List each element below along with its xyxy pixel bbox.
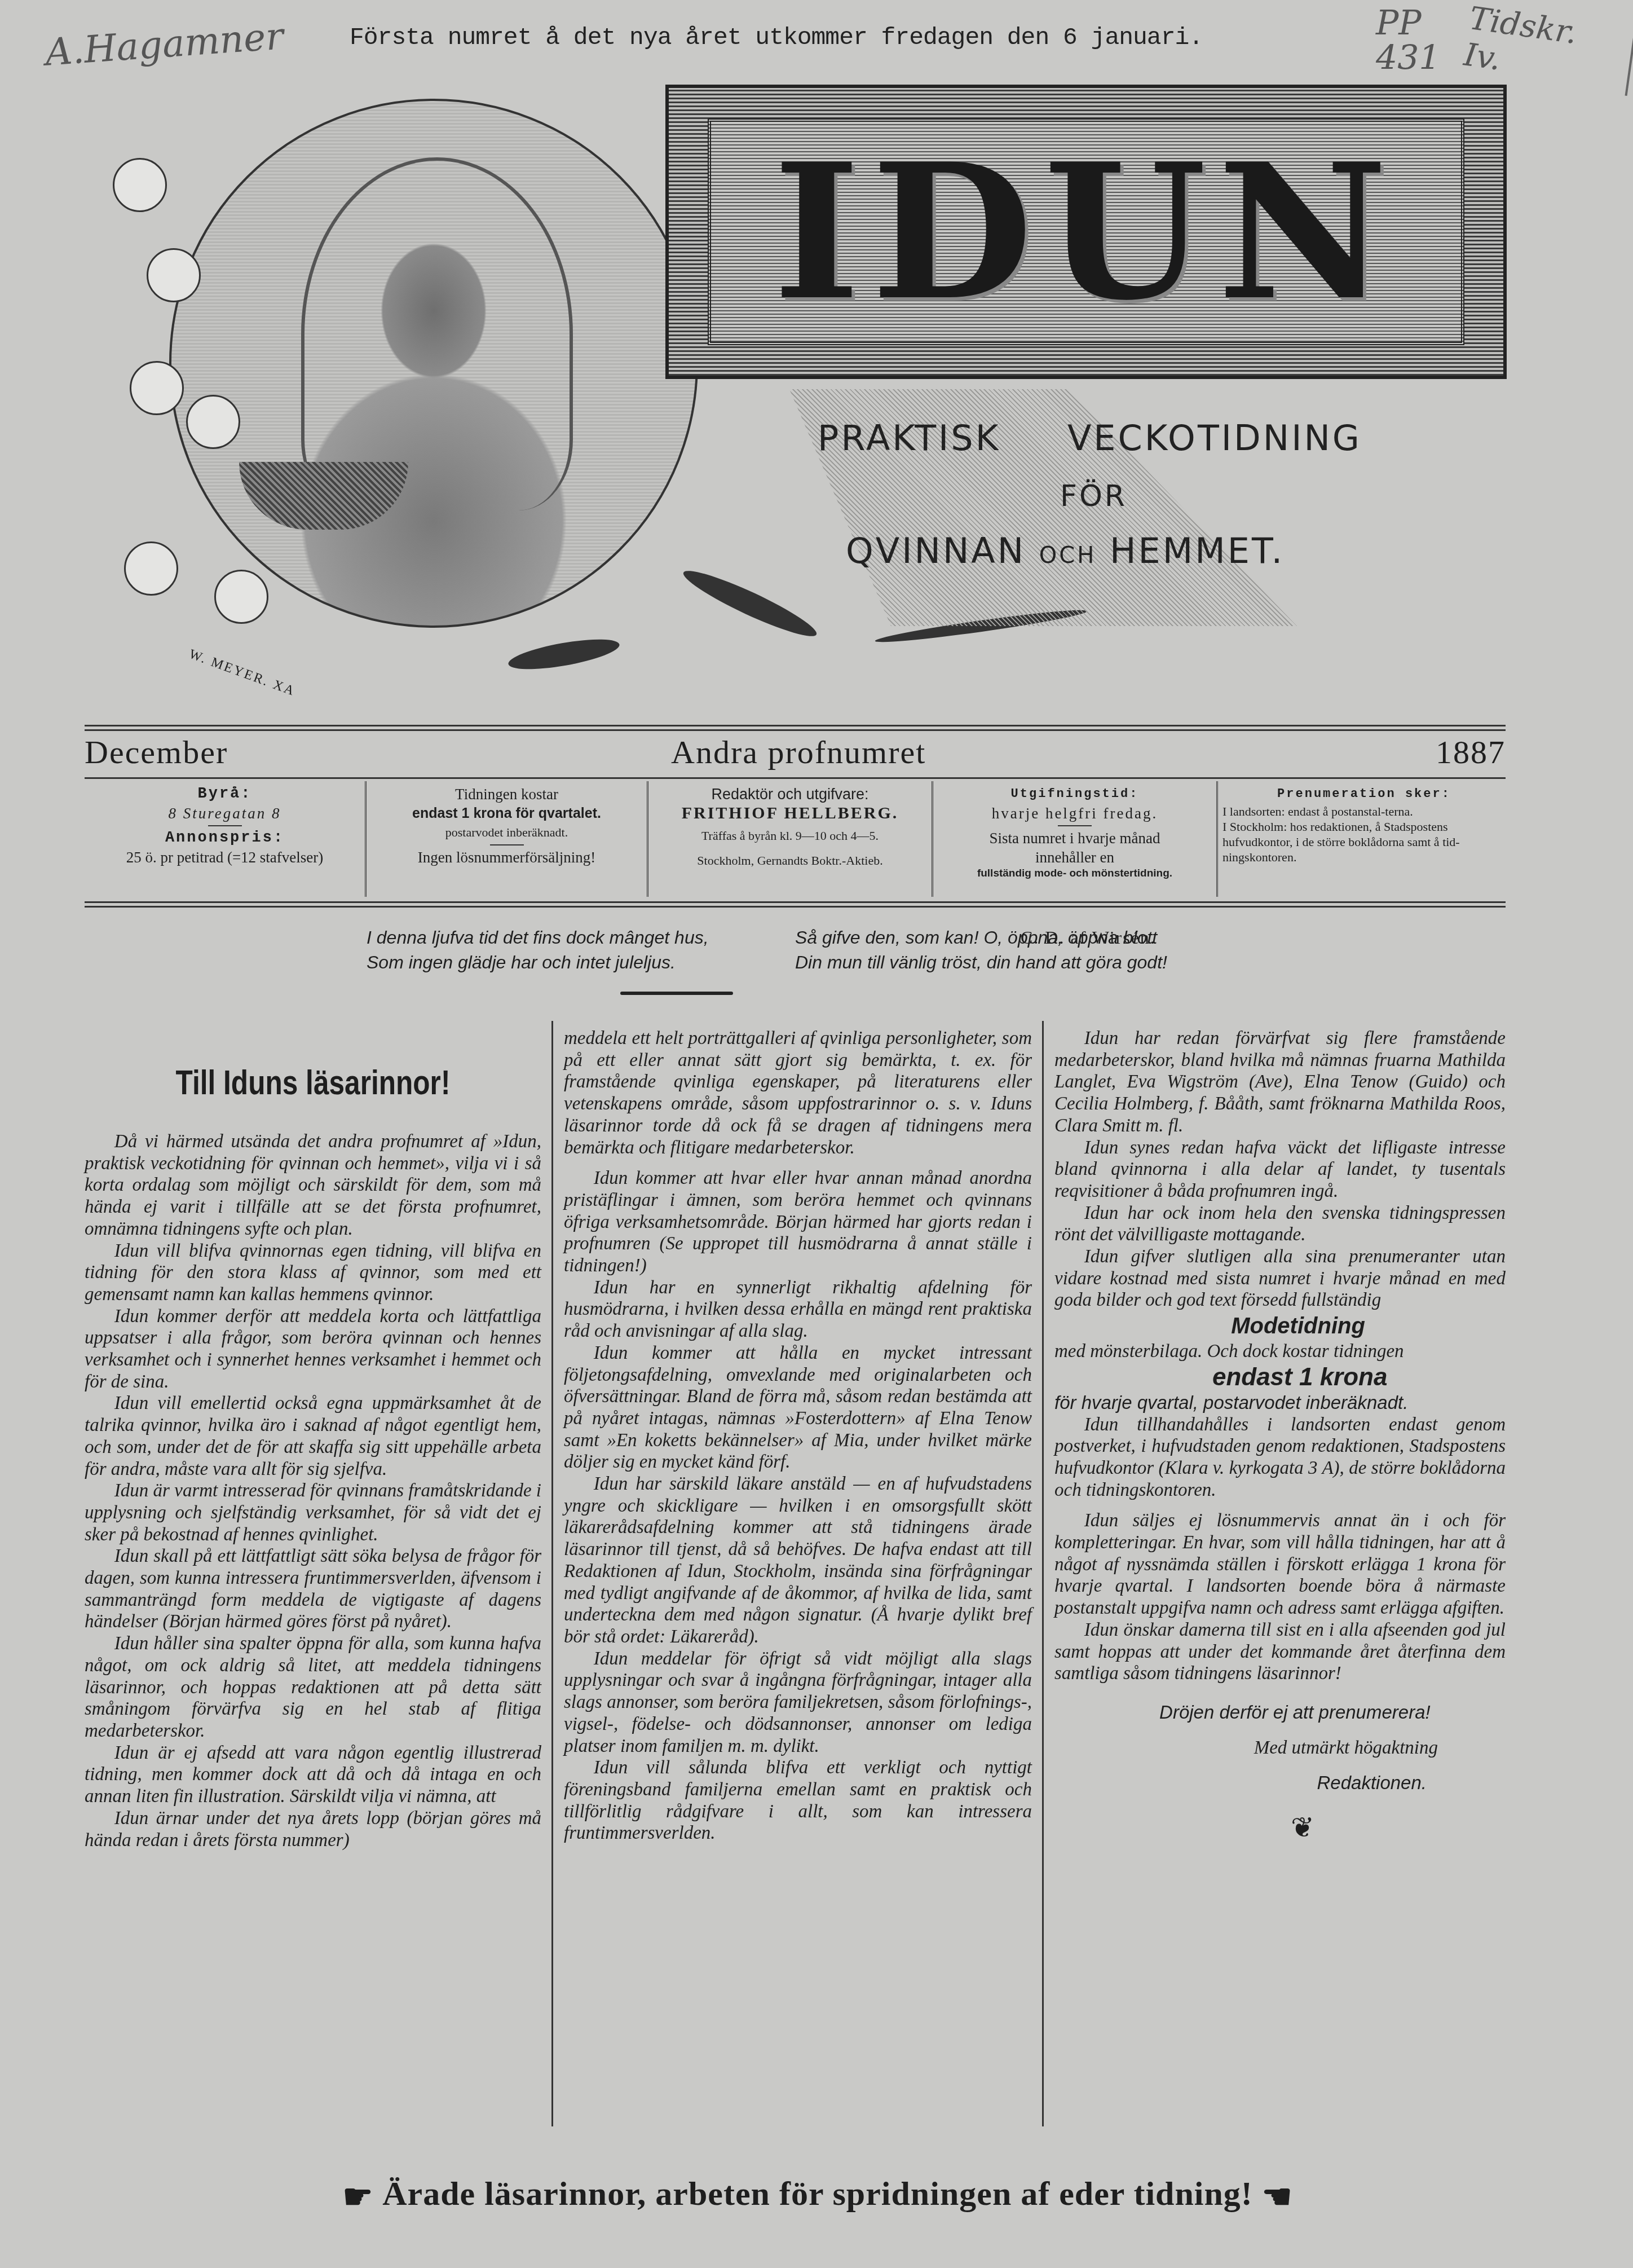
article-paragraph: Idun är ej afsedd att vara någon egentli… <box>85 1742 541 1808</box>
price-info-box: Tidningen kostar endast 1 krona för qvar… <box>367 781 648 897</box>
subscription-line-1: I landsorten: endast å postanstal-terna. <box>1222 804 1506 819</box>
article-paragraph: Idun säljes ej lösnummervis annat än i o… <box>1054 1510 1506 1619</box>
tagline-word: Praktisk <box>818 417 1000 459</box>
poem-line: I denna ljufva tid det fins dock mânget … <box>367 925 709 950</box>
editor-hours: Träffas å byrån kl. 9—10 och 4—5. <box>648 826 932 845</box>
article-paragraph: Idun skall på ett lättfattligt sätt söka… <box>85 1545 541 1633</box>
logo-inner-frame: IDUN <box>708 118 1464 345</box>
issue-month: December <box>85 733 228 771</box>
footer-text: Ärade läsarinnor, arbeten för spridninge… <box>382 2175 1253 2212</box>
flower-icon <box>147 248 201 302</box>
veil-shape <box>301 157 573 510</box>
double-rule-bottom <box>85 901 1506 903</box>
leaf-icon <box>679 562 822 645</box>
flower-icon <box>113 158 167 212</box>
dateline-rule <box>85 777 1506 779</box>
schedule-info-box: Utgifningstid: hvarje helgfri fredag. Si… <box>933 781 1218 897</box>
price-line-4: Ingen lösnummerförsäljning! <box>367 848 647 867</box>
office-label: Byrå: <box>85 785 365 804</box>
article-paragraph: för hvarje qvartal, postarvodet inberäkn… <box>1054 1392 1506 1414</box>
ad-price: 25 ö. pr petitrad (=12 stafvelser) <box>85 848 365 867</box>
article-column-2: meddela ett helt porträttgalleri af qvin… <box>564 1028 1032 1844</box>
article-paragraph: Idun gifver slutligen alla sina prenumer… <box>1054 1246 1506 1311</box>
subscription-line-2: I Stockholm: hos redaktionen, å Stadspos… <box>1222 819 1506 865</box>
article-paragraph: Idun kommer att hvar eller hvar annan må… <box>564 1168 1032 1277</box>
article-paragraph: Idun ärnar under det nya årets lopp (bör… <box>85 1808 541 1851</box>
schedule-line-2: Sista numret i hvarje månad <box>933 829 1216 848</box>
highlight-fashion-magazine: Modetidning <box>1054 1311 1506 1341</box>
closing-regards: Med utmärkt högaktning <box>1054 1737 1506 1759</box>
article-paragraph: Idun kommer derför att meddela korta och… <box>85 1306 541 1393</box>
flower-icon <box>186 395 240 449</box>
article-paragraph: Idun har särskild läkare anstäld — en af… <box>564 1473 1032 1648</box>
closing-appeal: Dröjen derför ej att prenumerera! <box>1054 1702 1506 1724</box>
tagline-line-1: Praktisk Veckotidning <box>818 417 1362 459</box>
divider <box>490 844 524 845</box>
column-rule <box>551 1021 553 2126</box>
poem-author: C. D. af Wirsén. <box>1021 925 1156 950</box>
masthead-portrait-illustration <box>169 99 698 628</box>
editor-label: Redaktör och utgifvare: <box>648 785 932 804</box>
tagline-word: Veckotidning <box>1067 417 1362 459</box>
schedule-line-1: hvarje helgfri fredag. <box>933 804 1216 823</box>
price-line-2: endast 1 krona för qvartalet. <box>367 804 647 823</box>
article-title: Till Iduns läsarinnor! <box>130 1060 496 1106</box>
article-paragraph: Idun håller sina spalter öppna för alla,… <box>85 1633 541 1742</box>
tagline-line-3: Qvinnan och Hemmet. <box>846 530 1285 571</box>
article-paragraph: Idun tillhandahålles i landsorten endast… <box>1054 1414 1506 1501</box>
flower-icon <box>130 361 184 415</box>
office-address: 8 Sturegatan 8 <box>85 804 365 823</box>
article-paragraph: Då vi härmed utsända det andra profnumre… <box>85 1131 541 1240</box>
article-paragraph: meddela ett helt porträttgalleri af qvin… <box>564 1028 1032 1159</box>
footer-appeal: ☛ Ärade läsarinnor, arbeten för spridnin… <box>169 2174 1466 2217</box>
printer: Stockholm, Gernandts Boktr.-Aktieb. <box>648 851 932 870</box>
article-paragraph: Idun har redan förvärfvat sig flere fram… <box>1054 1028 1506 1137</box>
handwritten-annotation-left: A.Hagamner <box>44 14 285 74</box>
ad-price-label: Annonspris: <box>85 829 365 848</box>
tagline-word: och <box>1039 543 1097 569</box>
price-line-3: postarvodet inberäknadt. <box>367 823 647 842</box>
info-bar: Byrå: 8 Sturegatan 8 Annonspris: 25 ö. p… <box>85 781 1506 897</box>
article-paragraph: Idun har ock inom hela den svenska tidni… <box>1054 1203 1506 1246</box>
highlight-price: endast 1 krona <box>1054 1363 1506 1392</box>
divider <box>1058 825 1092 826</box>
article-paragraph: Idun har en synnerligt rikhaltig afdelni… <box>564 1277 1032 1342</box>
pointing-hand-left-icon: ☚ <box>1262 2177 1293 2217</box>
handwritten-annotation-right: Tidskr. Iv. <box>1462 0 1633 96</box>
article-paragraph: Idun kommer att hålla en mycket intressa… <box>564 1342 1032 1473</box>
article-paragraph: Idun vill sålunda blifva ett verkligt oc… <box>564 1757 1032 1844</box>
top-notice: Första numret å det nya året utkommer fr… <box>350 24 1203 51</box>
masthead-title: IDUN <box>773 139 1399 325</box>
divider <box>208 825 242 826</box>
article-paragraph: med mönsterbilaga. Och dock kostar tidni… <box>1054 1341 1506 1363</box>
leaf-icon <box>506 633 621 675</box>
catalog-code: PP <box>1376 6 1441 41</box>
dateline: December Andra profnumret 1887 <box>85 733 1506 773</box>
poem-line: Som ingen glädje har och intet juleljus. <box>367 950 709 975</box>
handwritten-annotation-catalog: PP 431 <box>1376 6 1441 76</box>
double-rule-top <box>85 729 1506 731</box>
schedule-line-3: innehåller en <box>933 848 1216 867</box>
schedule-label: Utgifningstid: <box>933 785 1216 804</box>
article-paragraph: Idun vill emellertid också egna uppmärks… <box>85 1393 541 1480</box>
editor-name: FRITHIOF HELLBERG. <box>648 804 932 823</box>
catalog-number: 431 <box>1376 41 1441 76</box>
fruit-bowl-shape <box>239 462 408 530</box>
tagline-word: Hemmet. <box>1110 530 1285 571</box>
fleuron-ornament-icon: ❦ <box>1054 1817 1506 1839</box>
office-info-box: Byrå: 8 Sturegatan 8 Annonspris: 25 ö. p… <box>85 781 367 897</box>
signoff: Redaktionen. <box>1054 1772 1506 1794</box>
editor-info-box: Redaktör och utgifvare: FRITHIOF HELLBER… <box>648 781 933 897</box>
article-column-1: Till Iduns läsarinnor! Då vi härmed utsä… <box>85 1027 541 1851</box>
issue-year: 1887 <box>1436 733 1506 771</box>
schedule-line-4: fullständig mode- och mönstertidning. <box>933 867 1216 880</box>
poem-stanza-left: I denna ljufva tid det fins dock mânget … <box>367 925 709 975</box>
article-paragraph: Idun meddelar för öfrigt så vidt möjligt… <box>564 1648 1032 1758</box>
flower-icon <box>214 570 268 624</box>
issue-label: Andra profnumret <box>671 733 926 771</box>
article-paragraph: Idun önskar damerna till sist en i alla … <box>1054 1619 1506 1685</box>
article-paragraph: Idun är varmt intresserad för qvinnans f… <box>85 1480 541 1545</box>
column-rule <box>1042 1021 1044 2126</box>
illustrator-signature: W. MEYER. XA <box>187 647 297 699</box>
tagline-line-2: för <box>1060 479 1127 513</box>
poem-line: Din mun till vänlig tröst, din hand att … <box>795 950 1167 975</box>
flower-icon <box>124 541 178 596</box>
double-rule-bottom <box>85 906 1506 908</box>
tagline-word: Qvinnan <box>846 530 1026 571</box>
subscription-info-box: Prenumeration sker: I landsorten: endast… <box>1218 781 1506 897</box>
price-line-1: Tidningen kostar <box>367 785 647 804</box>
article-paragraph: Idun vill blifva qvinnornas egen tidning… <box>85 1240 541 1306</box>
ornamental-divider <box>620 992 733 995</box>
article-paragraph: Idun synes redan hafva väckt det lifliga… <box>1054 1137 1506 1203</box>
pointing-hand-right-icon: ☛ <box>342 2177 373 2217</box>
double-rule-top <box>85 725 1506 726</box>
masthead-logo-frame: IDUN <box>665 85 1507 379</box>
article-column-3: Idun har redan förvärfvat sig flere fram… <box>1054 1028 1506 1839</box>
subscription-label: Prenumeration sker: <box>1222 785 1506 804</box>
